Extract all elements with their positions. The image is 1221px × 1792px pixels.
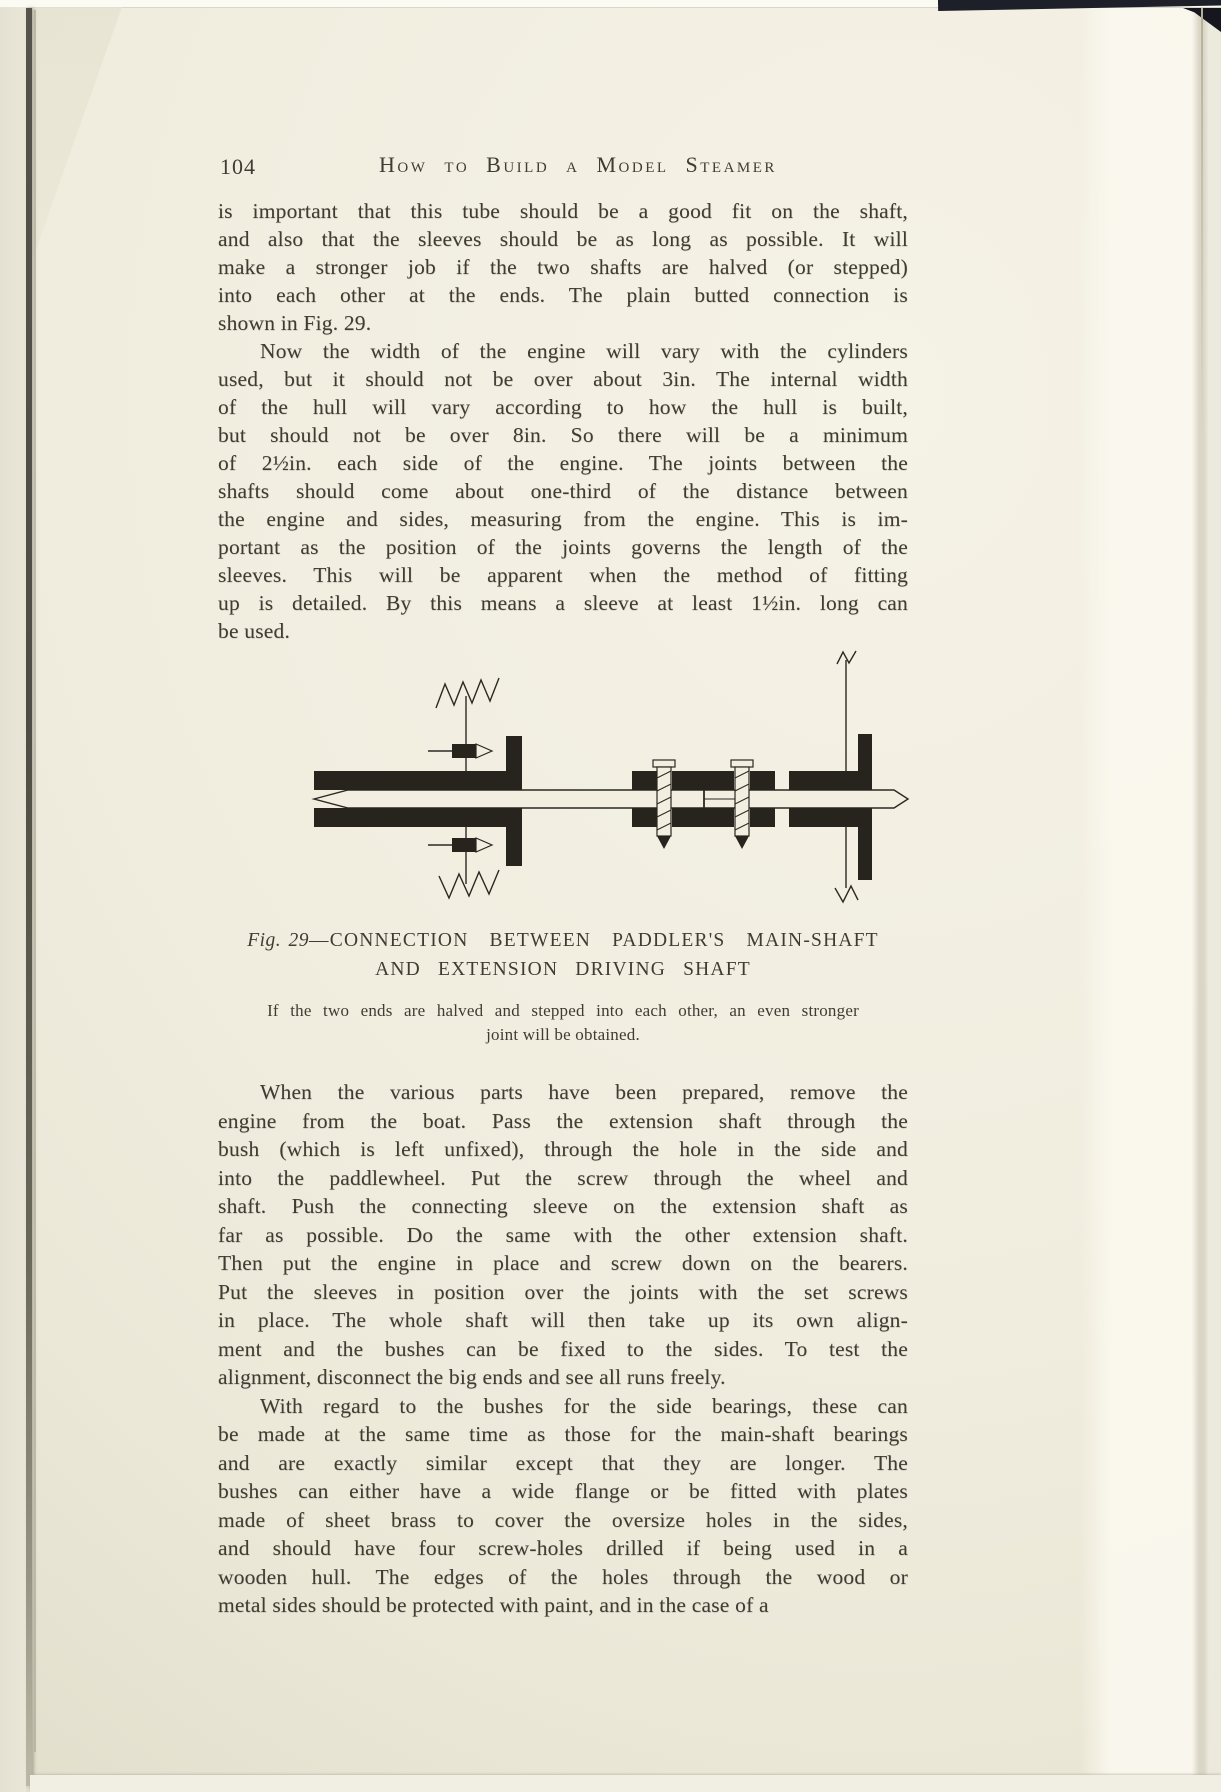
text-line: be used.	[218, 617, 908, 645]
figure-label: Fig. 29	[247, 930, 309, 951]
text-line: is important that this tube should be a …	[218, 197, 908, 225]
wheel-screw	[428, 744, 492, 758]
scanned-book-page: { "page_header": { "page_number": "104",…	[0, 0, 1221, 1792]
connecting-sleeve	[632, 771, 657, 790]
running-title: How to Build a Model Steamer	[218, 152, 908, 178]
paragraph: is important that this tube should be a …	[218, 197, 908, 337]
paragraph: When the various parts have been prepare…	[218, 1078, 908, 1392]
text-line: and should have four screw-holes drilled…	[218, 1534, 908, 1563]
text-line: portant as the position of the joints go…	[218, 533, 908, 561]
text-line: metal sides should be protected with pai…	[218, 1591, 908, 1620]
running-header: 104 How to Build a Model Steamer	[218, 152, 908, 186]
text-line: into the paddlewheel. Put the screw thro…	[218, 1164, 908, 1193]
text-line: shafts should come about one-third of th…	[218, 477, 908, 505]
text-line: ment and the bushes can be fixed to the …	[218, 1335, 908, 1364]
text-line: made of sheet brass to cover the oversiz…	[218, 1506, 908, 1535]
text-line: far as possible. Do the same with the ot…	[218, 1221, 908, 1250]
text-line: shaft. Push the connecting sleeve on the…	[218, 1192, 908, 1221]
paragraph: Now the width of the engine will vary wi…	[218, 337, 908, 645]
text-line: Now the width of the engine will vary wi…	[218, 337, 908, 365]
text-line: be made at the same time as those for th…	[218, 1420, 908, 1449]
figure-caption: Fig. 29—CONNECTION BETWEEN PADDLER'S MAI…	[218, 926, 908, 984]
text-line: of the hull will vary according to how t…	[218, 393, 908, 421]
text-line: and also that the sleeves should be as l…	[218, 225, 908, 253]
text-line: shown in Fig. 29.	[218, 309, 908, 337]
figure-caption-line2: AND EXTENSION DRIVING SHAFT	[218, 955, 908, 984]
figure-subcaption: If the two ends are halved and stepped i…	[218, 999, 908, 1046]
page-right-edge	[1201, 8, 1203, 438]
text-line: Then put the engine in place and screw d…	[218, 1249, 908, 1278]
figure-subcaption-line1: If the two ends are halved and stepped i…	[218, 999, 908, 1023]
text-line: bushes can either have a wide flange or …	[218, 1477, 908, 1506]
text-line: bush (which is left unfixed), through th…	[218, 1135, 908, 1164]
side-bearing	[789, 771, 858, 790]
body-text-lower: When the various parts have been prepare…	[218, 1078, 908, 1620]
break-zigzag-bottom-left	[439, 870, 499, 898]
wheel-screw	[428, 838, 492, 852]
text-line: the engine and sides, measuring from the…	[218, 505, 908, 533]
text-line: wooden hull. The edges of the holes thro…	[218, 1563, 908, 1592]
paragraph: With regard to the bushes for the side b…	[218, 1392, 908, 1620]
figure-29-diagram	[300, 650, 920, 905]
scan-bottom-edge	[30, 1775, 1221, 1792]
book-binding-edge	[26, 8, 32, 1786]
text-line: engine from the boat. Pass the extension…	[218, 1107, 908, 1136]
break-zigzag-bottom-right	[835, 886, 858, 902]
text-line: When the various parts have been prepare…	[218, 1078, 908, 1107]
book-binding-edge-inner	[34, 10, 36, 1752]
text-line: up is detailed. By this means a sleeve a…	[218, 589, 908, 617]
figure-caption-line1: Fig. 29—CONNECTION BETWEEN PADDLER'S MAI…	[218, 926, 908, 955]
text-line: used, but it should not be over about 3i…	[218, 365, 908, 393]
main-shaft	[314, 790, 908, 808]
text-line: Put the sleeves in position over the joi…	[218, 1278, 908, 1307]
page-number: 104	[220, 154, 256, 180]
text-line: alignment, disconnect the big ends and s…	[218, 1363, 908, 1392]
text-line: make a stronger job if the two shafts ar…	[218, 253, 908, 281]
break-zigzag-top-left	[436, 678, 499, 708]
text-line: With regard to the bushes for the side b…	[218, 1392, 908, 1421]
text-line: and are exactly similar except that they…	[218, 1449, 908, 1478]
paddle-hub	[506, 736, 522, 790]
text-line: sleeves. This will be apparent when the …	[218, 561, 908, 589]
text-line: of 2½in. each side of the engine. The jo…	[218, 449, 908, 477]
text-line: in place. The whole shaft will then take…	[218, 1306, 908, 1335]
text-line: into each other at the ends. The plain b…	[218, 281, 908, 309]
body-text-upper: is important that this tube should be a …	[218, 197, 908, 645]
figure-subcaption-line2: joint will be obtained.	[218, 1023, 908, 1047]
text-line: but should not be over 8in. So there wil…	[218, 421, 908, 449]
scan-left-margin	[0, 7, 26, 1792]
